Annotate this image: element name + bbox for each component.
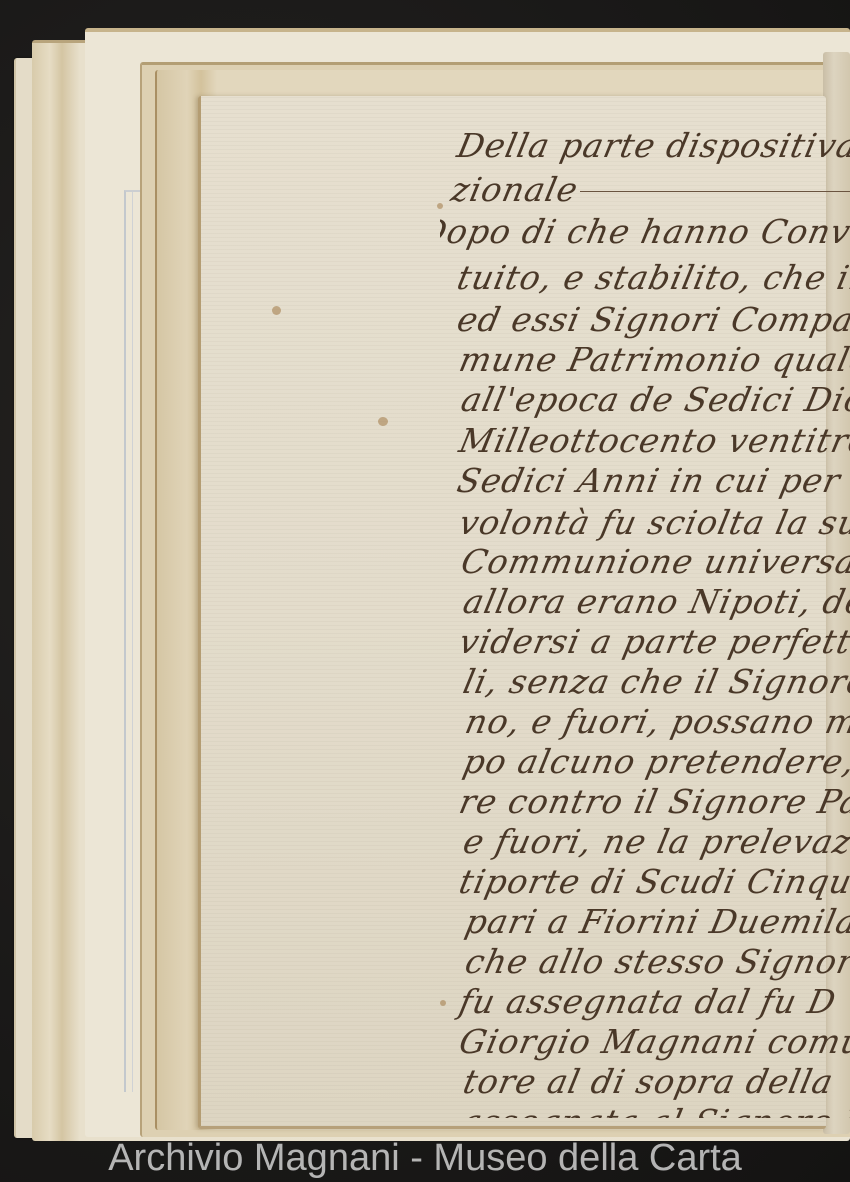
text-line: Della parte dispositiva, e: [454, 126, 850, 165]
text-line: assegnata al Signore Pa: [458, 1102, 850, 1118]
text-line: zionale: [448, 170, 582, 209]
text-line: tuito, e stabilito, che in g: [454, 258, 850, 297]
text-line: po alcuno pretendere, o dom: [460, 742, 850, 781]
text-line: re contro il Signore Pa: [456, 782, 850, 821]
text-line: pari a Fiorini Duemila: [462, 902, 850, 941]
text-line: tore al di sopra della: [460, 1062, 837, 1101]
text-line: all'epoca de Sedici Dicem: [458, 380, 850, 419]
text-line: Milleottocento ventitre, epoca: [456, 421, 850, 460]
text-line: fu assegnata dal fu D: [456, 982, 840, 1021]
text-line: Communione universale, in: [458, 542, 850, 581]
text-line: vidersi a parte perfettame: [456, 622, 850, 661]
text-line: e fuori, ne la prelevazione: [460, 822, 850, 861]
text-line: no, e fuori, possano mai: [462, 702, 850, 741]
text-line: tiporte di Scudi Cinque: [456, 862, 850, 901]
archive-watermark: Archivio Magnani - Museo della Carta: [0, 1135, 850, 1182]
text-line: Sedici Anni in cui per u: [454, 461, 850, 500]
section-rule: [580, 191, 850, 192]
handwritten-text-block: Della parte dispositiva, e zionale Dopo …: [440, 118, 850, 1118]
text-line: li, senza che il Signore: [460, 662, 850, 701]
text-line: che allo stesso Signore: [462, 942, 850, 981]
foxing-stain: [378, 417, 388, 426]
text-line: volontà fu sciolta la sua: [456, 503, 850, 542]
foxing-stain: [272, 306, 281, 315]
text-line: Dopo di che hanno Convenu: [440, 212, 850, 251]
text-line: allora erano Nipoti, debba: [460, 582, 850, 621]
text-line: ed essi Signori Comparenti: [454, 300, 850, 339]
text-line: Giorgio Magnani comunica: [456, 1022, 850, 1061]
text-line: mune Patrimonio quale e: [456, 340, 850, 379]
